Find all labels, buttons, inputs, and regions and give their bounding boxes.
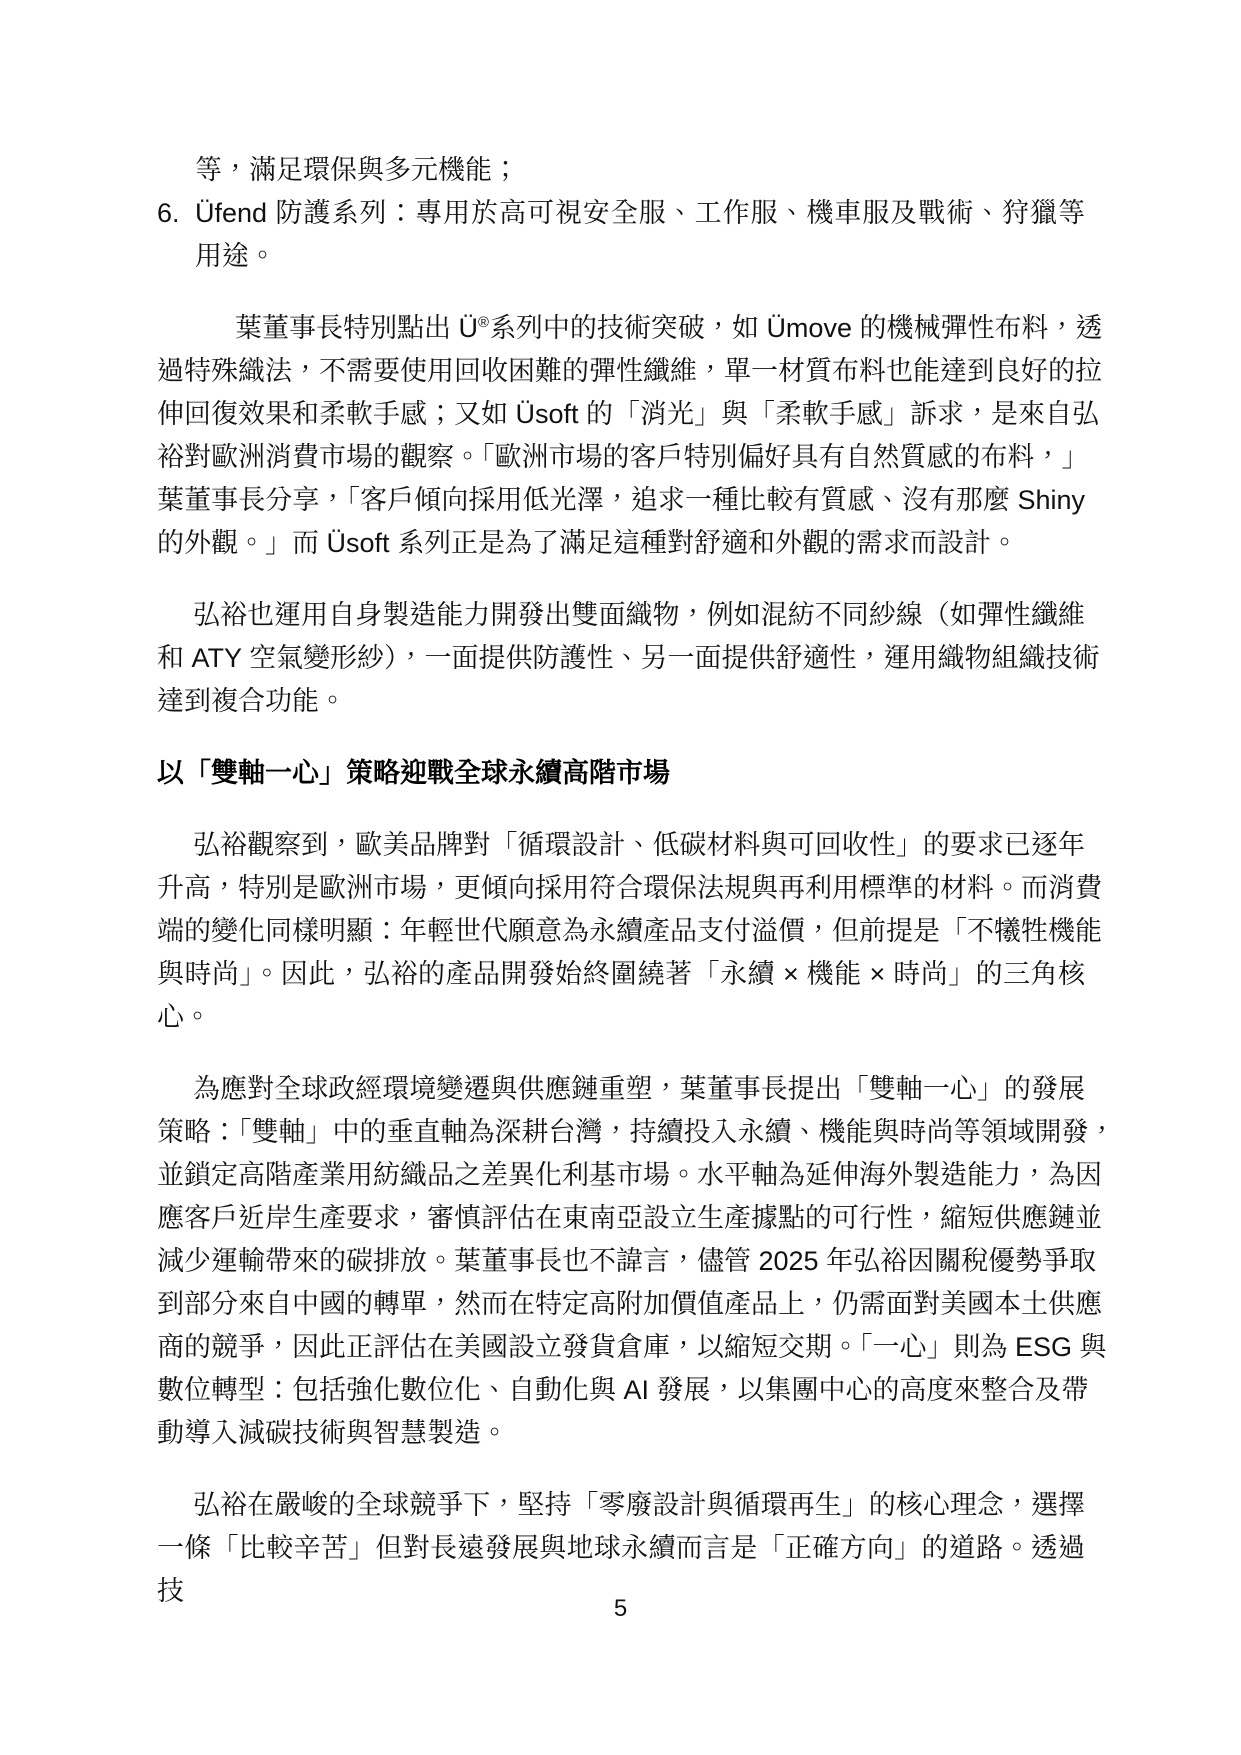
text-line: 弘裕觀察到，歐美品牌對「循環設計、低碳材料與可回收性」的要求已逐年 <box>157 824 1085 867</box>
text-line: 到部分來自中國的轉單，然而在特定高附加價值產品上，仍需面對美國本土供應 <box>157 1283 1085 1326</box>
page-footer: 5 <box>0 1592 1241 1626</box>
text-line: 葉董事長特別點出 Ü®系列中的技術突破，如 Ümove 的機械彈性布料，透 <box>157 307 1085 350</box>
text-line: 裕對歐洲消費市場的觀察。「歐洲市場的客戶特別偏好具有自然質感的布料，」 <box>157 436 1085 479</box>
text-line: Üfend 防護系列：專用於高可視安全服、工作服、機車服及戰術、狩獵等 <box>195 192 1085 235</box>
text-line: 並鎖定高階產業用紡織品之差異化利基市場。水平軸為延伸海外製造能力，為因 <box>157 1154 1085 1197</box>
list-item-6: 6. Üfend 防護系列：專用於高可視安全服、工作服、機車服及戰術、狩獵等用途… <box>157 192 1085 278</box>
text-line: 和 ATY 空氣變形紗），一面提供防護性、另一面提供舒適性，運用織物組織技術 <box>157 637 1085 680</box>
text-line: 動導入減碳技術與智慧製造。 <box>157 1412 1085 1455</box>
list-item-text: Üfend 防護系列：專用於高可視安全服、工作服、機車服及戰術、狩獵等用途。 <box>195 192 1085 278</box>
text-line: 應客戶近岸生產要求，審慎評估在東南亞設立生產據點的可行性，縮短供應鏈並 <box>157 1197 1085 1240</box>
text-line: 弘裕在嚴峻的全球競爭下，堅持「零廢設計與循環再生」的核心理念，選擇 <box>157 1484 1085 1527</box>
text-line: 升高，特別是歐洲市場，更傾向採用符合環保法規與再利用標準的材料。而消費 <box>157 867 1085 910</box>
text-line: 達到複合功能。 <box>157 680 1085 723</box>
text-line: 數位轉型：包括強化數位化、自動化與 AI 發展，以集團中心的高度來整合及帶 <box>157 1369 1085 1412</box>
section-heading: 以「雙軸一心」策略迎戰全球永續高階市場 <box>157 752 1085 795</box>
list-item-number: 6. <box>157 192 180 235</box>
body-paragraph: 弘裕觀察到，歐美品牌對「循環設計、低碳材料與可回收性」的要求已逐年升高，特別是歐… <box>157 824 1085 1039</box>
text-line: 減少運輸帶來的碳排放。葉董事長也不諱言，儘管 2025 年弘裕因關稅優勢爭取 <box>157 1240 1085 1283</box>
body-paragraph: 葉董事長特別點出 Ü®系列中的技術突破，如 Ümove 的機械彈性布料，透過特殊… <box>157 307 1085 565</box>
body-paragraph: 為應對全球政經環境變遷與供應鏈重塑，葉董事長提出「雙軸一心」的發展策略：「雙軸」… <box>157 1068 1085 1455</box>
text-line: 端的變化同樣明顯：年輕世代願意為永續產品支付溢價，但前提是「不犧牲機能 <box>157 910 1085 953</box>
text-line: 心。 <box>157 996 1085 1039</box>
text-line: 用途。 <box>195 235 1085 278</box>
text-line: 過特殊織法，不需要使用回收困難的彈性纖維，單一材質布料也能達到良好的拉 <box>157 350 1085 393</box>
registered-trademark-mark: ® <box>478 315 489 331</box>
body-paragraph: 弘裕也運用自身製造能力開發出雙面織物，例如混紡不同紗線（如彈性纖維和 ATY 空… <box>157 594 1085 723</box>
text-line: 弘裕也運用自身製造能力開發出雙面織物，例如混紡不同紗線（如彈性纖維 <box>157 594 1085 637</box>
text-line: 葉董事長分享，「客戶傾向採用低光澤，追求一種比較有質感、沒有那麼 Shiny <box>157 479 1085 522</box>
text-line: 策略：「雙軸」中的垂直軸為深耕台灣，持續投入永續、機能與時尚等領域開發， <box>157 1111 1085 1154</box>
list-item-5-continuation: 等，滿足環保與多元機能； <box>157 149 1085 192</box>
page-number: 5 <box>614 1595 627 1622</box>
text-line: 商的競爭，因此正評估在美國設立發貨倉庫，以縮短交期。「一心」則為 ESG 與 <box>157 1326 1085 1369</box>
text-line: 伸回復效果和柔軟手感；又如 Üsoft 的「消光」與「柔軟手感」訴求，是來自弘 <box>157 393 1085 436</box>
document-page: 等，滿足環保與多元機能； 6. Üfend 防護系列：專用於高可視安全服、工作服… <box>0 0 1241 1755</box>
text-line: 與時尚」。因此，弘裕的產品開發始終圍繞著「永續 × 機能 × 時尚」的三角核 <box>157 953 1085 996</box>
text-line: 為應對全球政經環境變遷與供應鏈重塑，葉董事長提出「雙軸一心」的發展 <box>157 1068 1085 1111</box>
text-line: 的外觀。」而 Üsoft 系列正是為了滿足這種對舒適和外觀的需求而設計。 <box>157 522 1085 565</box>
